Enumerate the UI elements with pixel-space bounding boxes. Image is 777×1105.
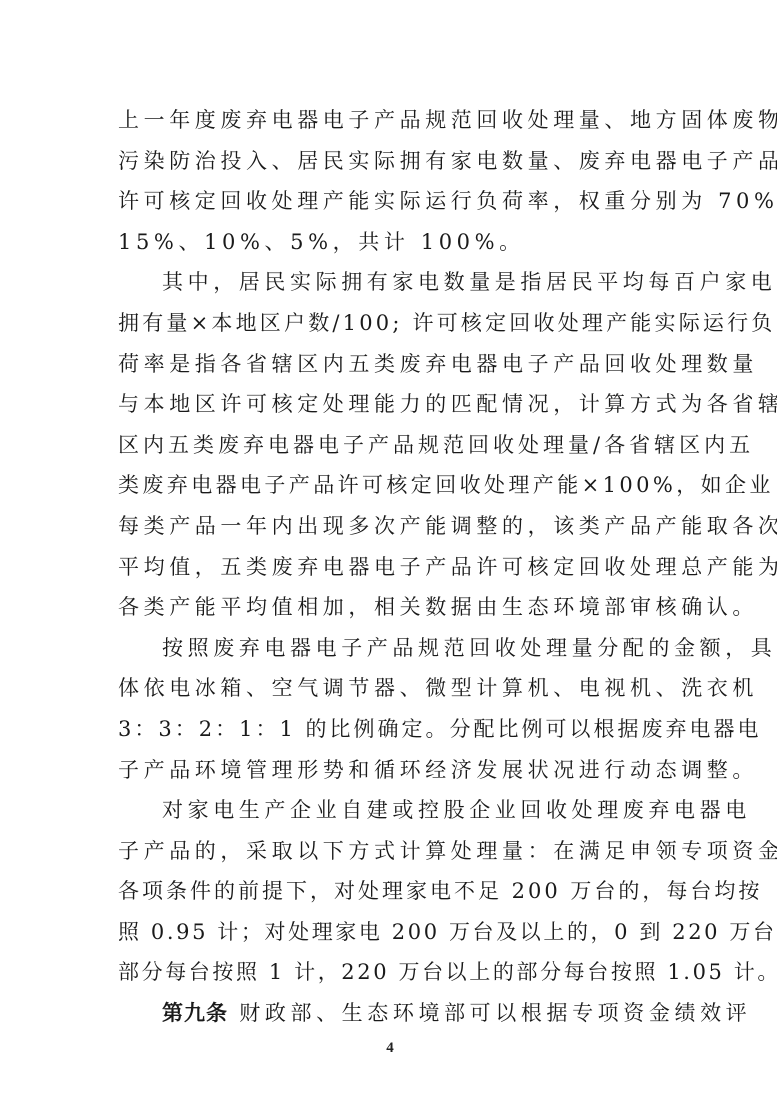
document-page: 上一年度废弃电器电子产品规范回收处理量、地方固体废物 污染防治投入、居民实际拥有… <box>0 0 777 1105</box>
text-line: 按照废弃电器电子产品规范回收处理量分配的金额，具 <box>118 628 670 669</box>
article-heading: 第九条 <box>162 1000 228 1025</box>
text-line: 照 0.95 计；对处理家电 200 万台及以上的，0 到 220 万台的 <box>118 912 670 953</box>
text-line: 15%、10%、5%，共计 100%。 <box>118 222 670 263</box>
text-line: 3：3：2：1：1 的比例确定。分配比例可以根据废弃电器电 <box>118 709 670 750</box>
text-line: 子产品的，采取以下方式计算处理量：在满足申领专项资金 <box>118 831 670 872</box>
text-line: 拥有量×本地区户数/100; 许可核定回收处理产能实际运行负 <box>118 303 670 344</box>
text-line: 与本地区许可核定处理能力的匹配情况，计算方式为各省辖 <box>118 384 670 425</box>
page-number: 4 <box>380 1040 400 1057</box>
text-line: 每类产品一年内出现多次产能调整的，该类产品产能取各次 <box>118 506 670 547</box>
text-line: 对家电生产企业自建或控股企业回收处理废弃电器电 <box>118 790 670 831</box>
article-line: 第九条 财政部、生态环境部可以根据专项资金绩效评 <box>118 993 670 1034</box>
text-line: 各项条件的前提下，对处理家电不足 200 万台的，每台均按 <box>118 871 670 912</box>
text-line: 各类产能平均值相加，相关数据由生态环境部审核确认。 <box>118 587 670 628</box>
body-text: 上一年度废弃电器电子产品规范回收处理量、地方固体废物 污染防治投入、居民实际拥有… <box>118 100 670 1034</box>
text-line: 平均值，五类废弃电器电子产品许可核定回收处理总产能为 <box>118 547 670 588</box>
article-text: 财政部、生态环境部可以根据专项资金绩效评 <box>239 1001 751 1025</box>
text-line: 体依电冰箱、空气调节器、微型计算机、电视机、洗衣机 <box>118 668 670 709</box>
text-line: 部分每台按照 1 计，220 万台以上的部分每台按照 1.05 计。 <box>118 952 670 993</box>
text-line: 上一年度废弃电器电子产品规范回收处理量、地方固体废物 <box>118 100 670 141</box>
text-line: 荷率是指各省辖区内五类废弃电器电子产品回收处理数量 <box>118 344 670 385</box>
text-line: 其中，居民实际拥有家电数量是指居民平均每百户家电 <box>118 262 670 303</box>
text-line: 许可核定回收处理产能实际运行负荷率，权重分别为 70%、 <box>118 181 670 222</box>
text-line: 类废弃电器电子产品许可核定回收处理产能×100%，如企业 <box>118 465 670 506</box>
text-line: 子产品环境管理形势和循环经济发展状况进行动态调整。 <box>118 750 670 791</box>
text-line: 区内五类废弃电器电子产品规范回收处理量/各省辖区内五 <box>118 425 670 466</box>
text-line: 污染防治投入、居民实际拥有家电数量、废弃电器电子产品 <box>118 141 670 182</box>
